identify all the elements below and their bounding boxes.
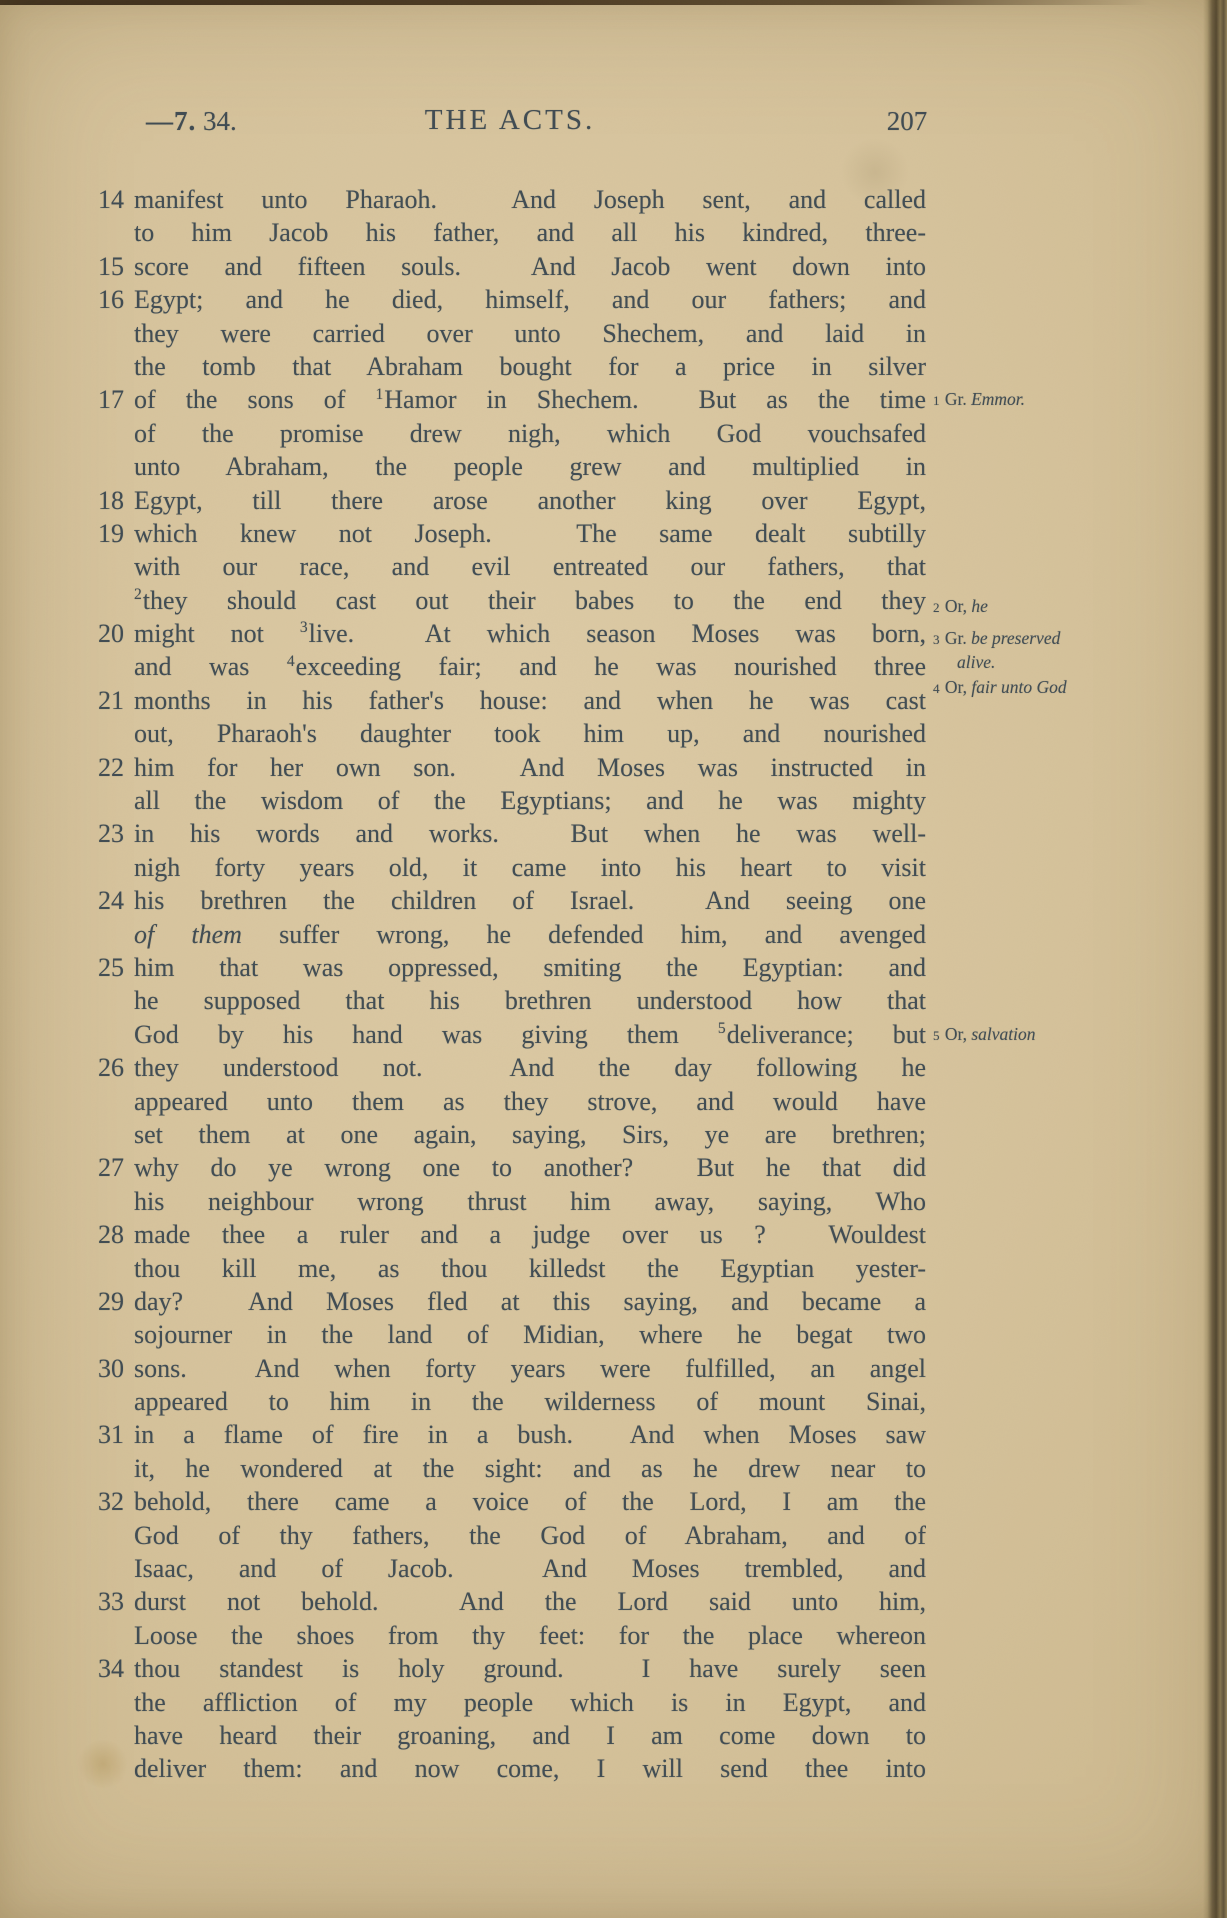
text-segment: God of thy fathers, the God of Abraham, … xyxy=(134,1521,926,1550)
text-segment: score and fifteen souls. And Jacob went … xyxy=(134,252,926,281)
text-line: of the promise drew nigh, which God vouc… xyxy=(98,417,926,450)
margin-note: 2 Or, he xyxy=(933,595,988,619)
text-line: Loose the shoes from thy feet: for the p… xyxy=(98,1619,926,1652)
line-text: might not 3live. At which season Moses w… xyxy=(134,617,926,650)
verse-number: 17 xyxy=(98,383,134,416)
text-line: 24his brethren the children of Israel. A… xyxy=(98,884,926,917)
line-text: day? And Moses fled at this saying, and … xyxy=(134,1285,926,1318)
running-head-title: THE ACTS. xyxy=(320,104,700,137)
text-line: 14manifest unto Pharaoh. And Joseph sent… xyxy=(98,183,926,216)
verse-number xyxy=(98,1085,134,1118)
text-line: 31in a flame of fire in a bush. And when… xyxy=(98,1418,926,1451)
margin-note: 3 Gr. be preservedalive. xyxy=(933,627,1060,673)
verse-number xyxy=(98,317,134,350)
text-segment: live. At which season Moses was born, xyxy=(309,619,926,648)
text-segment: his brethren the children of Israel. And… xyxy=(134,886,926,915)
verse-number xyxy=(98,851,134,884)
text-segment: 2 xyxy=(933,600,945,615)
text-line: 26they understood not. And the day follo… xyxy=(98,1051,926,1084)
text-segment: be preserved xyxy=(971,628,1060,648)
text-segment: the tomb that Abraham bought for a price… xyxy=(134,352,926,381)
text-segment: why do ye wrong one to another? But he t… xyxy=(134,1153,926,1182)
text-segment: the affliction of my people which is in … xyxy=(134,1688,926,1717)
verse-number xyxy=(98,350,134,383)
line-text: manifest unto Pharaoh. And Joseph sent, … xyxy=(134,183,926,216)
text-line: they were carried over unto Shechem, and… xyxy=(98,317,926,350)
text-segment: it, he wondered at the sight: and as he … xyxy=(134,1454,926,1483)
verse-number xyxy=(98,984,134,1017)
text-segment: thou kill me, as thou killedst the Egypt… xyxy=(134,1254,926,1283)
text-segment: Egypt, till there arose another king ove… xyxy=(134,486,926,515)
text-segment: he xyxy=(971,596,988,616)
text-segment: him for her own son. And Moses was instr… xyxy=(134,753,926,782)
text-segment: exceeding fair; and he was nourished thr… xyxy=(296,652,926,681)
text-line: 33durst not behold. And the Lord said un… xyxy=(98,1585,926,1618)
verse-number: 16 xyxy=(98,283,134,316)
book-page-edge-strip xyxy=(1203,0,1227,1918)
verse-number xyxy=(98,1452,134,1485)
line-text: all the wisdom of the Egyptians; and he … xyxy=(134,784,926,817)
text-line: appeared to him in the wilderness of mou… xyxy=(98,1385,926,1418)
line-text: God of thy fathers, the God of Abraham, … xyxy=(134,1519,926,1552)
text-segment: he supposed that his brethren understood… xyxy=(134,986,926,1015)
verse-number: 26 xyxy=(98,1051,134,1084)
text-segment: they understood not. And the day followi… xyxy=(134,1053,926,1082)
text-line: to him Jacob his father, and all his kin… xyxy=(98,216,926,249)
text-segment: sojourner in the land of Midian, where h… xyxy=(134,1320,926,1349)
footnote-marker: 5 xyxy=(718,1020,726,1037)
text-segment: and was xyxy=(134,652,287,681)
text-segment: out, Pharaoh's daughter took him up, and… xyxy=(134,719,926,748)
footnote-marker: 1 xyxy=(375,386,383,403)
text-segment: nigh forty years old, it came into his h… xyxy=(134,853,926,882)
margin-note-row: alive. xyxy=(933,651,1060,673)
text-segment: thou standest is holy ground. I have sur… xyxy=(134,1654,926,1683)
margin-note: 5 Or, salvation xyxy=(933,1023,1036,1047)
verse-number: 14 xyxy=(98,183,134,216)
verse-number: 15 xyxy=(98,250,134,283)
verse-number: 23 xyxy=(98,817,134,850)
text-segment: 3 xyxy=(933,632,945,647)
text-segment: durst not behold. And the Lord said unto… xyxy=(134,1587,926,1616)
line-text: thou kill me, as thou killedst the Egypt… xyxy=(134,1252,926,1285)
verse-number: 25 xyxy=(98,951,134,984)
verse-number xyxy=(98,784,134,817)
text-segment: suffer wrong, he defended him, and aveng… xyxy=(242,920,926,949)
text-segment: fair unto God xyxy=(971,677,1066,697)
verse-number xyxy=(98,450,134,483)
text-segment: of them xyxy=(134,920,242,949)
line-text: 2they should cast out their babes to the… xyxy=(134,584,926,617)
verse-number xyxy=(98,650,134,683)
running-head-verse: 34. xyxy=(203,106,237,136)
text-line: 23in his words and works. But when he wa… xyxy=(98,817,926,850)
line-text: they understood not. And the day followi… xyxy=(134,1051,926,1084)
line-text: the tomb that Abraham bought for a price… xyxy=(134,350,926,383)
text-line: all the wisdom of the Egyptians; and he … xyxy=(98,784,926,817)
line-text: his neighbour wrong thrust him away, say… xyxy=(134,1185,926,1218)
text-line: sojourner in the land of Midian, where h… xyxy=(98,1318,926,1351)
verse-number: 28 xyxy=(98,1218,134,1251)
text-line: set them at one again, saying, Sirs, ye … xyxy=(98,1118,926,1151)
page-number: 207 xyxy=(868,106,946,137)
text-line: with our race, and evil entreated our fa… xyxy=(98,550,926,583)
scanned-book-page: —7. 34. THE ACTS. 207 14manifest unto Ph… xyxy=(0,0,1227,1918)
line-text: Egypt, till there arose another king ove… xyxy=(134,484,926,517)
text-line: 32behold, there came a voice of the Lord… xyxy=(98,1485,926,1518)
text-segment: Or, xyxy=(945,596,972,616)
line-text: in a flame of fire in a bush. And when M… xyxy=(134,1418,926,1451)
line-text: in his words and works. But when he was … xyxy=(134,817,926,850)
line-text: have heard their groaning, and I am come… xyxy=(134,1719,926,1752)
text-segment: Egypt; and he died, himself, and our fat… xyxy=(134,285,926,314)
text-segment: set them at one again, saying, Sirs, ye … xyxy=(134,1120,926,1149)
text-line: of them suffer wrong, he defended him, a… xyxy=(98,918,926,951)
line-text: of the sons of 1Hamor in Shechem. But as… xyxy=(134,383,926,416)
line-text: months in his father's house: and when h… xyxy=(134,684,926,717)
text-line: 28made thee a ruler and a judge over us … xyxy=(98,1218,926,1251)
text-segment: deliver them: and now come, I will send … xyxy=(134,1754,926,1783)
text-segment: which knew not Joseph. The same dealt su… xyxy=(134,519,926,548)
verse-number xyxy=(98,1118,134,1151)
text-segment: with our race, and evil entreated our fa… xyxy=(134,552,926,581)
text-line: 25him that was oppressed, smiting the Eg… xyxy=(98,951,926,984)
text-line: 22him for her own son. And Moses was ins… xyxy=(98,751,926,784)
text-segment: unto Abraham, the people grew and multip… xyxy=(134,452,926,481)
line-text: Egypt; and he died, himself, and our fat… xyxy=(134,283,926,316)
text-segment: might not xyxy=(134,619,300,648)
text-segment: they were carried over unto Shechem, and… xyxy=(134,319,926,348)
line-text: out, Pharaoh's daughter took him up, and… xyxy=(134,717,926,750)
text-segment: of the sons of xyxy=(134,385,375,414)
verse-number: 24 xyxy=(98,884,134,917)
line-text: God by his hand was giving them 5deliver… xyxy=(134,1018,926,1051)
text-segment: deliverance; but xyxy=(727,1020,926,1049)
margin-note: 4 Or, fair unto God xyxy=(933,676,1067,700)
verse-number xyxy=(98,1185,134,1218)
margin-note-row: 5 Or, salvation xyxy=(933,1023,1036,1047)
text-line: Isaac, and of Jacob. And Moses trembled,… xyxy=(98,1552,926,1585)
line-text: score and fifteen souls. And Jacob went … xyxy=(134,250,926,283)
line-text: why do ye wrong one to another? But he t… xyxy=(134,1151,926,1184)
margin-note-row: 1 Gr. Emmor. xyxy=(933,388,1025,412)
verse-number xyxy=(98,1018,134,1051)
text-line: and was 4exceeding fair; and he was nour… xyxy=(98,650,926,683)
line-text: and was 4exceeding fair; and he was nour… xyxy=(134,650,926,683)
line-text: Loose the shoes from thy feet: for the p… xyxy=(134,1619,926,1652)
margin-note-row: 4 Or, fair unto God xyxy=(933,676,1067,700)
text-segment: Or, xyxy=(945,1024,972,1044)
verse-number xyxy=(98,1719,134,1752)
text-segment: of the promise drew nigh, which God vouc… xyxy=(134,419,926,448)
text-line: 21months in his father's house: and when… xyxy=(98,684,926,717)
text-line: 16Egypt; and he died, himself, and our f… xyxy=(98,283,926,316)
text-segment: sons. And when forty years were fulfille… xyxy=(134,1354,926,1383)
text-segment: Gr. xyxy=(945,389,971,409)
text-segment: Isaac, and of Jacob. And Moses trembled,… xyxy=(134,1554,926,1583)
verse-number xyxy=(98,417,134,450)
text-segment: Hamor in Shechem. But as the time xyxy=(384,385,926,414)
line-text: it, he wondered at the sight: and as he … xyxy=(134,1452,926,1485)
verse-number xyxy=(98,918,134,951)
verse-number: 31 xyxy=(98,1418,134,1451)
text-line: nigh forty years old, it came into his h… xyxy=(98,851,926,884)
text-segment: Gr. xyxy=(945,628,971,648)
text-line: 34thou standest is holy ground. I have s… xyxy=(98,1652,926,1685)
footnote-marker: 2 xyxy=(134,586,142,603)
text-segment: months in his father's house: and when h… xyxy=(134,686,926,715)
text-segment: Loose the shoes from thy feet: for the p… xyxy=(134,1621,926,1650)
text-line: 18Egypt, till there arose another king o… xyxy=(98,484,926,517)
verse-number xyxy=(98,1686,134,1719)
verse-number: 22 xyxy=(98,751,134,784)
verse-number xyxy=(98,1252,134,1285)
verse-number xyxy=(98,1385,134,1418)
verse-number: 27 xyxy=(98,1151,134,1184)
text-segment: salvation xyxy=(971,1024,1035,1044)
line-text: which knew not Joseph. The same dealt su… xyxy=(134,517,926,550)
verse-number: 19 xyxy=(98,517,134,550)
scan-top-edge-shadow xyxy=(0,0,1175,5)
verse-number: 29 xyxy=(98,1285,134,1318)
verse-number: 21 xyxy=(98,684,134,717)
text-segment: behold, there came a voice of the Lord, … xyxy=(134,1487,926,1516)
verse-number xyxy=(98,1552,134,1585)
text-line: 20might not 3live. At which season Moses… xyxy=(98,617,926,650)
verse-number xyxy=(98,550,134,583)
line-text: to him Jacob his father, and all his kin… xyxy=(134,216,926,249)
text-line: unto Abraham, the people grew and multip… xyxy=(98,450,926,483)
margin-note-row: 3 Gr. be preserved xyxy=(933,627,1060,651)
running-head-reference: —7. 34. xyxy=(146,106,237,137)
text-segment: God by his hand was giving them xyxy=(134,1020,718,1049)
scripture-text-column: 14manifest unto Pharaoh. And Joseph sent… xyxy=(98,183,926,1786)
verse-number xyxy=(98,584,134,617)
line-text: nigh forty years old, it came into his h… xyxy=(134,851,926,884)
verse-number: 20 xyxy=(98,617,134,650)
verse-number xyxy=(98,1752,134,1785)
line-text: Isaac, and of Jacob. And Moses trembled,… xyxy=(134,1552,926,1585)
text-segment: him that was oppressed, smiting the Egyp… xyxy=(134,953,926,982)
verse-number xyxy=(98,1619,134,1652)
text-segment: made thee a ruler and a judge over us ? … xyxy=(134,1220,926,1249)
text-line: 15score and fifteen souls. And Jacob wen… xyxy=(98,250,926,283)
text-segment: Emmor. xyxy=(971,389,1025,409)
text-line: 19which knew not Joseph. The same dealt … xyxy=(98,517,926,550)
text-line: he supposed that his brethren understood… xyxy=(98,984,926,1017)
text-line: God by his hand was giving them 5deliver… xyxy=(98,1018,926,1051)
text-segment: 4 xyxy=(933,681,945,696)
line-text: appeared to him in the wilderness of mou… xyxy=(134,1385,926,1418)
line-text: him that was oppressed, smiting the Egyp… xyxy=(134,951,926,984)
verse-number: 34 xyxy=(98,1652,134,1685)
text-segment: alive. xyxy=(957,652,995,672)
verse-number xyxy=(98,1519,134,1552)
line-text: of them suffer wrong, he defended him, a… xyxy=(134,918,926,951)
text-segment: appeared unto them as they strove, and w… xyxy=(134,1087,926,1116)
text-segment: Or, xyxy=(945,677,972,697)
text-segment: in a flame of fire in a bush. And when M… xyxy=(134,1420,926,1449)
line-text: the affliction of my people which is in … xyxy=(134,1686,926,1719)
line-text: appeared unto them as they strove, and w… xyxy=(134,1085,926,1118)
line-text: they were carried over unto Shechem, and… xyxy=(134,317,926,350)
text-line: the tomb that Abraham bought for a price… xyxy=(98,350,926,383)
text-line: 2they should cast out their babes to the… xyxy=(98,584,926,617)
verse-number: 30 xyxy=(98,1352,134,1385)
line-text: with our race, and evil entreated our fa… xyxy=(134,550,926,583)
running-head-chapter: —7. xyxy=(146,106,196,136)
line-text: made thee a ruler and a judge over us ? … xyxy=(134,1218,926,1251)
line-text: his brethren the children of Israel. And… xyxy=(134,884,926,917)
text-line: deliver them: and now come, I will send … xyxy=(98,1752,926,1785)
verse-number xyxy=(98,717,134,750)
text-segment: manifest unto Pharaoh. And Joseph sent, … xyxy=(134,185,926,214)
text-segment: in his words and works. But when he was … xyxy=(134,819,926,848)
line-text: him for her own son. And Moses was instr… xyxy=(134,751,926,784)
text-segment: 5 xyxy=(933,1028,945,1043)
text-line: it, he wondered at the sight: and as he … xyxy=(98,1452,926,1485)
text-segment: all the wisdom of the Egyptians; and he … xyxy=(134,786,926,815)
text-line: thou kill me, as thou killedst the Egypt… xyxy=(98,1252,926,1285)
line-text: durst not behold. And the Lord said unto… xyxy=(134,1585,926,1618)
verse-number: 33 xyxy=(98,1585,134,1618)
margin-note-row: 2 Or, he xyxy=(933,595,988,619)
verse-number xyxy=(98,216,134,249)
line-text: he supposed that his brethren understood… xyxy=(134,984,926,1017)
text-line: 27why do ye wrong one to another? But he… xyxy=(98,1151,926,1184)
text-line: 30sons. And when forty years were fulfil… xyxy=(98,1352,926,1385)
footnote-marker: 4 xyxy=(287,653,295,670)
margin-note: 1 Gr. Emmor. xyxy=(933,388,1025,412)
verse-number: 32 xyxy=(98,1485,134,1518)
text-line: out, Pharaoh's daughter took him up, and… xyxy=(98,717,926,750)
line-text: unto Abraham, the people grew and multip… xyxy=(134,450,926,483)
text-line: 29day? And Moses fled at this saying, an… xyxy=(98,1285,926,1318)
verse-number: 18 xyxy=(98,484,134,517)
text-segment: his neighbour wrong thrust him away, say… xyxy=(134,1187,926,1216)
line-text: behold, there came a voice of the Lord, … xyxy=(134,1485,926,1518)
text-line: 17of the sons of 1Hamor in Shechem. But … xyxy=(98,383,926,416)
text-segment: appeared to him in the wilderness of mou… xyxy=(134,1387,926,1416)
text-segment: they should cast out their babes to the … xyxy=(143,586,926,615)
line-text: deliver them: and now come, I will send … xyxy=(134,1752,926,1785)
text-line: God of thy fathers, the God of Abraham, … xyxy=(98,1519,926,1552)
text-segment: 1 xyxy=(933,393,945,408)
line-text: sojourner in the land of Midian, where h… xyxy=(134,1318,926,1351)
text-segment: to him Jacob his father, and all his kin… xyxy=(134,218,926,247)
text-line: appeared unto them as they strove, and w… xyxy=(98,1085,926,1118)
text-segment: have heard their groaning, and I am come… xyxy=(134,1721,926,1750)
footnote-marker: 3 xyxy=(300,619,308,636)
text-line: his neighbour wrong thrust him away, say… xyxy=(98,1185,926,1218)
line-text: sons. And when forty years were fulfille… xyxy=(134,1352,926,1385)
verse-number xyxy=(98,1318,134,1351)
text-segment: day? And Moses fled at this saying, and … xyxy=(134,1287,926,1316)
line-text: set them at one again, saying, Sirs, ye … xyxy=(134,1118,926,1151)
text-line: have heard their groaning, and I am come… xyxy=(98,1719,926,1752)
text-line: the affliction of my people which is in … xyxy=(98,1686,926,1719)
line-text: of the promise drew nigh, which God vouc… xyxy=(134,417,926,450)
line-text: thou standest is holy ground. I have sur… xyxy=(134,1652,926,1685)
